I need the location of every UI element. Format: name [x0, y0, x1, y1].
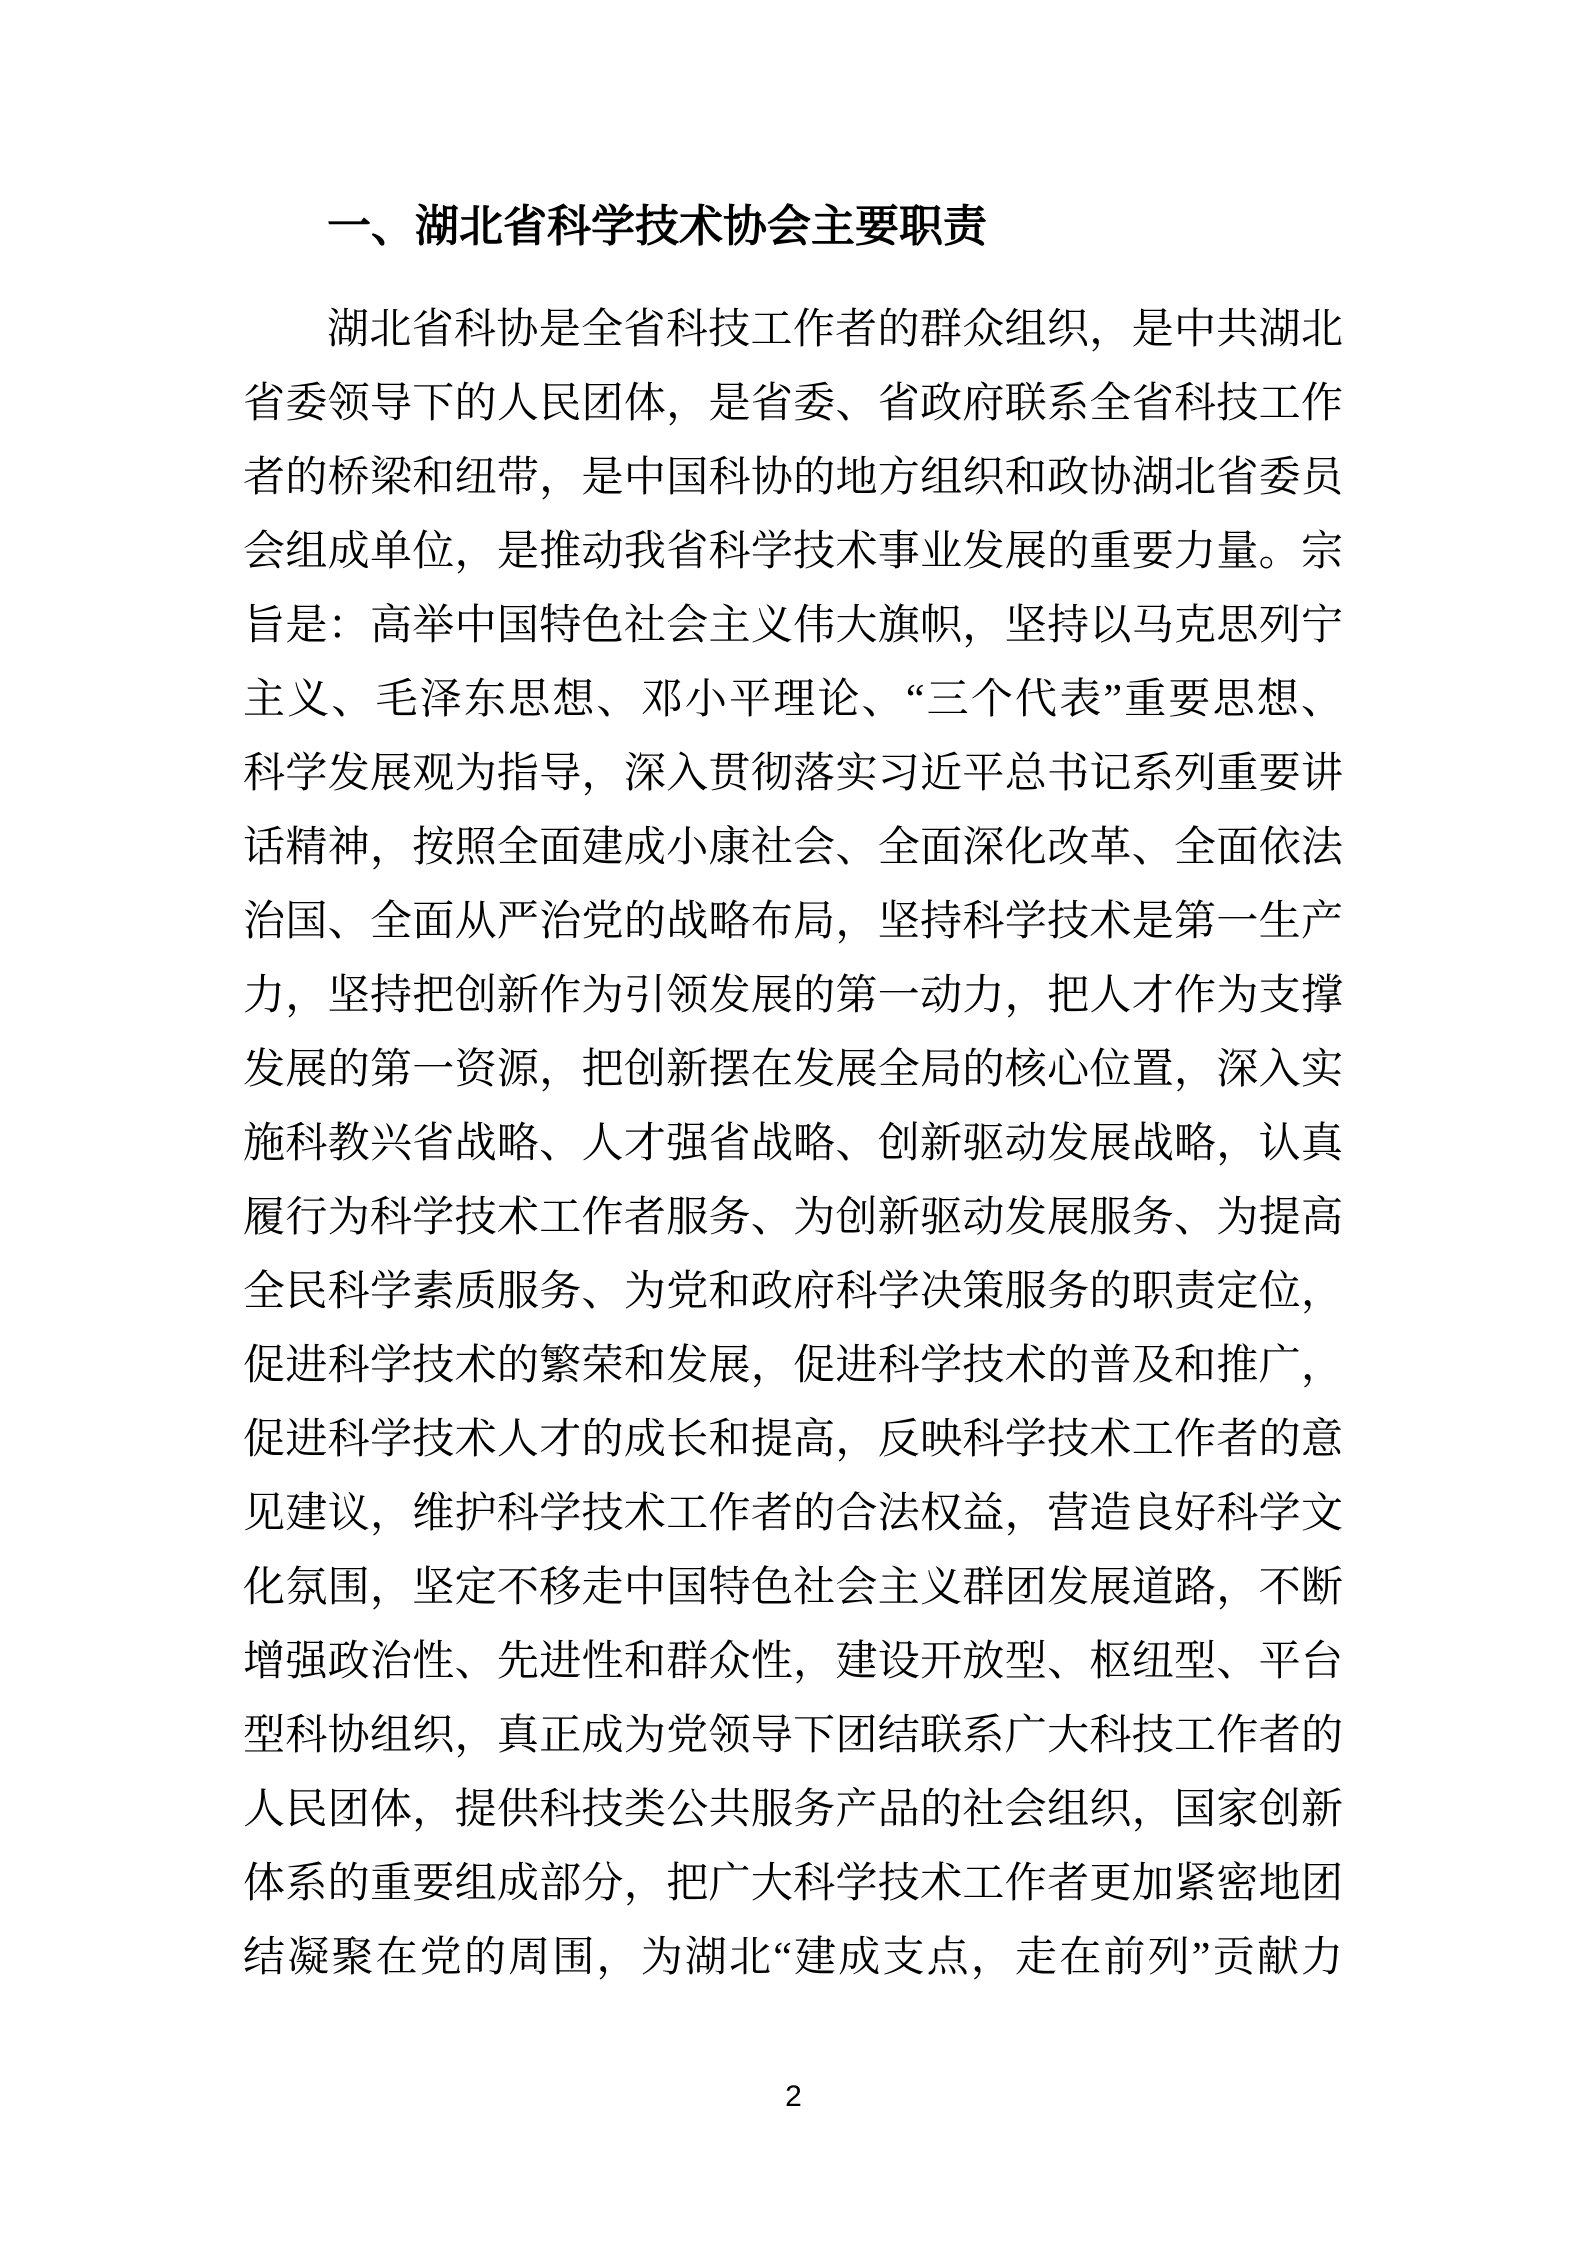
text-line: 型科协组织，真正成为党领导下团结联系广大科技工作者的	[243, 1699, 1343, 1773]
text-line: 会组成单位，是推动我省科学技术事业发展的重要力量。宗	[243, 515, 1343, 589]
text-line: 化氛围，坚定不移走中国特色社会主义群团发展道路，不断	[243, 1551, 1343, 1625]
text-line: 旨是：高举中国特色社会主义伟大旗帜，坚持以马克思列宁	[243, 589, 1343, 663]
text-line: 话精神，按照全面建成小康社会、全面深化改革、全面依法	[243, 811, 1343, 885]
text-line: 治国、全面从严治党的战略布局，坚持科学技术是第一生产	[243, 885, 1343, 959]
text-line: 人民团体，提供科技类公共服务产品的社会组织，国家创新	[243, 1773, 1343, 1847]
text-line: 主义、毛泽东思想、邓小平理论、“三个代表”重要思想、	[243, 663, 1343, 737]
text-line: 结凝聚在党的周围，为湖北“建成支点，走在前列”贡献力	[243, 1921, 1343, 1995]
text-line: 者的桥梁和纽带，是中国科协的地方组织和政协湖北省委员	[243, 441, 1343, 515]
text-line: 全民科学素质服务、为党和政府科学决策服务的职责定位，	[243, 1255, 1343, 1329]
document-page: 一、湖北省科学技术协会主要职责 湖北省科协是全省科技工作者的群众组织，是中共湖北…	[0, 0, 1587, 2245]
text-line: 科学发展观为指导，深入贯彻落实习近平总书记系列重要讲	[243, 737, 1343, 811]
text-line: 省委领导下的人民团体，是省委、省政府联系全省科技工作	[243, 367, 1343, 441]
text-line: 力，坚持把创新作为引领发展的第一动力，把人才作为支撑	[243, 959, 1343, 1033]
paragraph-body: 湖北省科协是全省科技工作者的群众组织，是中共湖北省委领导下的人民团体，是省委、省…	[243, 293, 1343, 1995]
text-line: 湖北省科协是全省科技工作者的群众组织，是中共湖北	[243, 293, 1343, 367]
text-line: 施科教兴省战略、人才强省战略、创新驱动发展战略，认真	[243, 1107, 1343, 1181]
section-heading: 一、湖北省科学技术协会主要职责	[243, 196, 1343, 258]
text-line: 履行为科学技术工作者服务、为创新驱动发展服务、为提高	[243, 1181, 1343, 1255]
text-line: 发展的第一资源，把创新摆在发展全局的核心位置，深入实	[243, 1033, 1343, 1107]
text-line: 体系的重要组成部分，把广大科学技术工作者更加紧密地团	[243, 1847, 1343, 1921]
text-line: 促进科学技术人才的成长和提高，反映科学技术工作者的意	[243, 1403, 1343, 1477]
text-line: 增强政治性、先进性和群众性，建设开放型、枢纽型、平台	[243, 1625, 1343, 1699]
text-line: 促进科学技术的繁荣和发展，促进科学技术的普及和推广，	[243, 1329, 1343, 1403]
text-line: 见建议，维护科学技术工作者的合法权益，营造良好科学文	[243, 1477, 1343, 1551]
page-number: 2	[0, 2080, 1587, 2114]
